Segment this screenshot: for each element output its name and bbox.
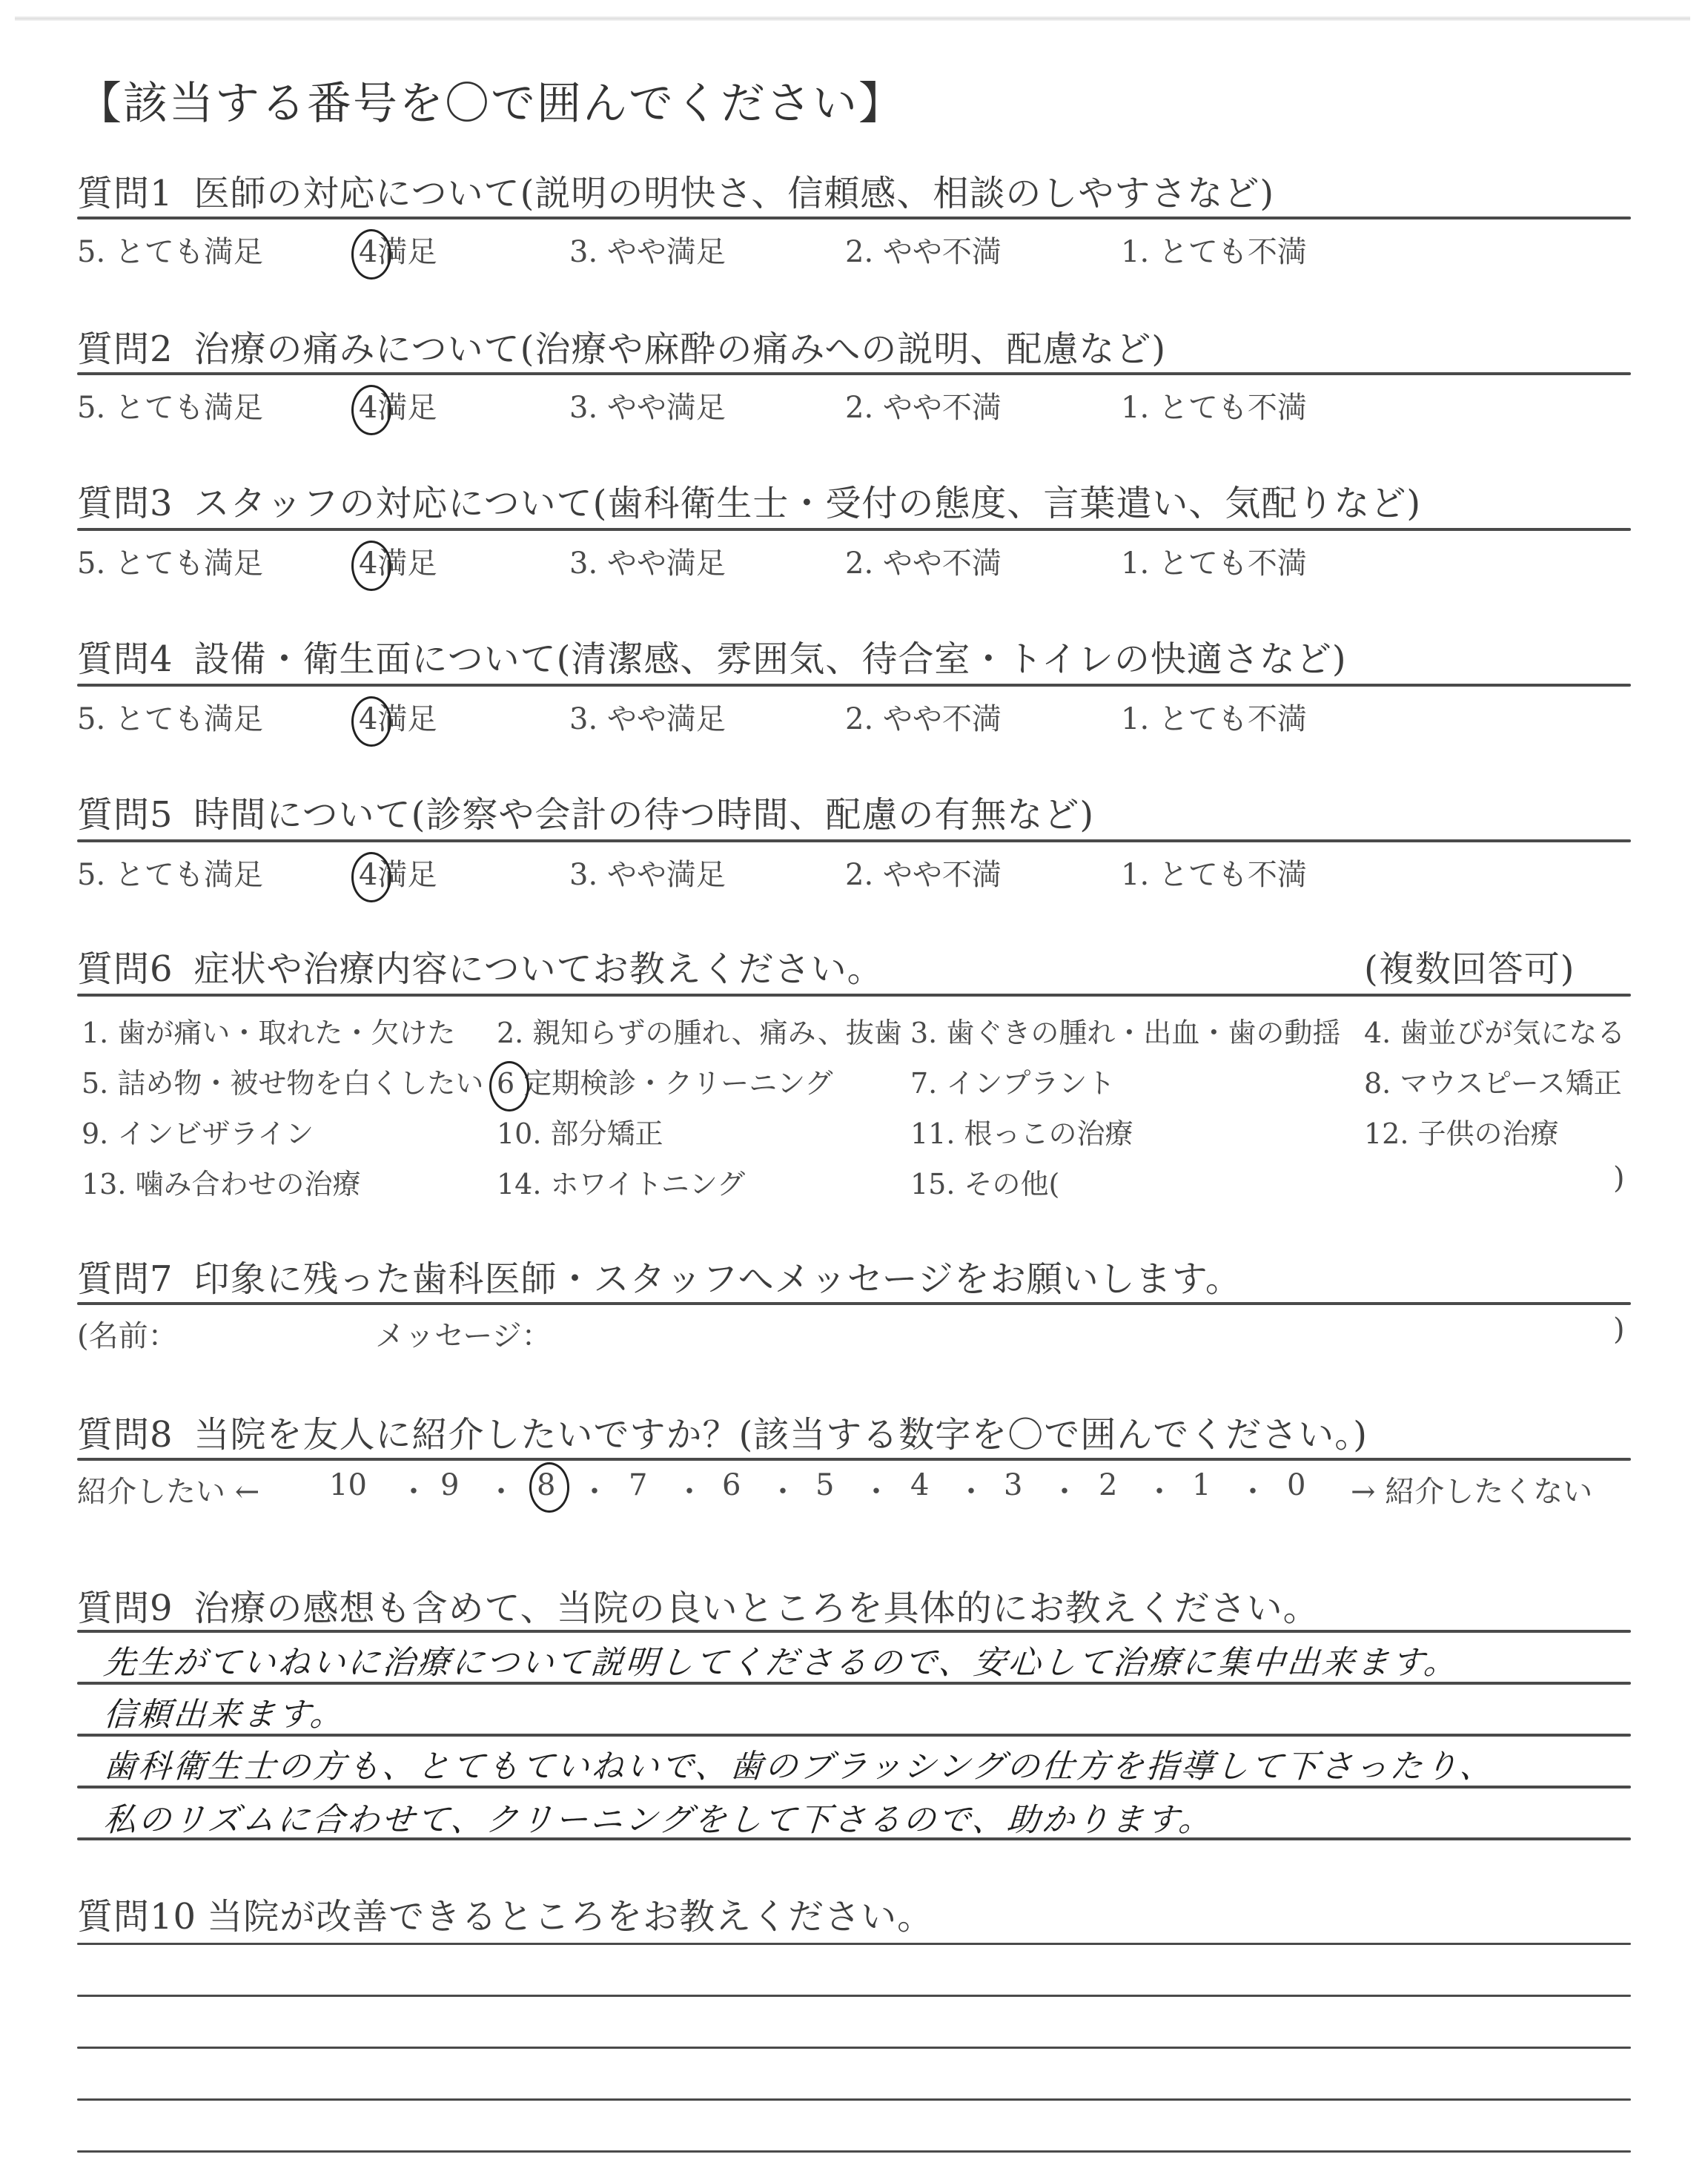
- option-5[interactable]: 5. とても満足: [77, 540, 263, 582]
- scale-right-label: → 紹介したくない: [1351, 1468, 1592, 1510]
- option-5[interactable]: 5. とても満足: [77, 696, 263, 738]
- question-title: 質問6症状や治療内容についてお教えください。: [77, 940, 884, 991]
- scale-sep: ・: [580, 1468, 609, 1510]
- handwritten-answer-line[interactable]: 信頼出来ます。: [102, 1688, 347, 1735]
- option-1[interactable]: 1. とても不満: [1121, 540, 1307, 582]
- question-text: 当院を友人に紹介したいですか？(該当する数字を〇で囲んでください。): [194, 1414, 1368, 1456]
- question-text: 印象に残った歯科医師・スタッフへメッセージをお願いします。: [194, 1258, 1242, 1300]
- divider: [77, 994, 1631, 997]
- writing-line[interactable]: [77, 2098, 1631, 2101]
- option-3[interactable]: 3. やや満足: [569, 696, 726, 738]
- scale-8-selected[interactable]: 8: [537, 1468, 555, 1502]
- scale-7[interactable]: 7: [629, 1468, 647, 1502]
- other-close-paren: ): [1613, 1161, 1625, 1195]
- question-number: 質問3: [77, 483, 173, 524]
- question-number: 質問10: [77, 1896, 196, 1938]
- scale-6[interactable]: 6: [722, 1468, 741, 1502]
- option-4-selected[interactable]: 4満足: [359, 384, 437, 426]
- rating-options: 5. とても満足 4満足 3. やや満足 2. やや不満 1. とても不満: [77, 696, 1631, 740]
- treatment-option-2[interactable]: 2. 親知らずの腫れ、痛み、抜歯: [497, 1010, 902, 1051]
- scale-sep: ・: [956, 1468, 986, 1510]
- option-4-selected[interactable]: 4満足: [359, 228, 437, 271]
- scan-top-edge: [15, 16, 1690, 21]
- option-5[interactable]: 5. とても満足: [77, 228, 263, 271]
- question-title: 質問10当院が改善できるところをお教えください。: [77, 1888, 933, 1939]
- rating-options: 5. とても満足 4満足 3. やや満足 2. やや不満 1. とても不満: [77, 228, 1631, 273]
- treatment-option-6-selected[interactable]: 6 定期検診・クリーニング: [497, 1060, 833, 1101]
- divider: [77, 684, 1631, 687]
- selection-circle: 8: [537, 1468, 555, 1502]
- option-4-selected[interactable]: 4満足: [359, 851, 437, 894]
- treatment-option-11[interactable]: 11. 根っこの治療: [910, 1111, 1133, 1152]
- question-text: 治療の痛みについて(治療や麻酔の痛みへの説明、配慮など): [194, 328, 1167, 370]
- divider: [77, 217, 1631, 219]
- message-label: メッセージ：: [375, 1312, 552, 1355]
- divider: [77, 372, 1631, 375]
- selection-circle: 4: [359, 546, 377, 581]
- scale-sep: ・: [399, 1468, 428, 1510]
- scale-left-label: 紹介したい ←: [77, 1468, 259, 1510]
- question-number: 質問2: [77, 328, 173, 370]
- treatment-option-4[interactable]: 4. 歯並びが気になる: [1364, 1010, 1625, 1051]
- option-2[interactable]: 2. やや不満: [845, 696, 1002, 738]
- question-title: 質問9治療の感想も含めて、当院の良いところを具体的にお教えください。: [77, 1579, 1320, 1631]
- writing-line: [77, 1837, 1631, 1840]
- option-2[interactable]: 2. やや不満: [845, 228, 1002, 271]
- option-1[interactable]: 1. とても不満: [1121, 696, 1307, 738]
- treatment-option-5[interactable]: 5. 詰め物・被せ物を白くしたい: [82, 1060, 483, 1101]
- treatment-option-10[interactable]: 10. 部分矯正: [497, 1111, 663, 1152]
- question-text: 医師の対応について(説明の明快さ、信頼感、相談のしやすさなど): [194, 173, 1275, 214]
- question-title: 質問3スタッフの対応について(歯科衛生士・受付の態度、言葉遣い、気配りなど): [77, 475, 1421, 526]
- option-3[interactable]: 3. やや満足: [569, 851, 726, 894]
- treatment-option-12[interactable]: 12. 子供の治療: [1364, 1111, 1559, 1152]
- scale-10[interactable]: 10: [329, 1468, 367, 1502]
- treatment-option-8[interactable]: 8. マウスピース矯正: [1364, 1060, 1622, 1101]
- option-3[interactable]: 3. やや満足: [569, 228, 726, 271]
- selection-circle: 4: [359, 391, 377, 425]
- scale-sep: ・: [675, 1468, 704, 1510]
- writing-line[interactable]: [77, 2047, 1631, 2049]
- treatment-option-9[interactable]: 9. インビザライン: [82, 1111, 314, 1152]
- writing-line: [77, 1786, 1631, 1789]
- question-title: 質問7印象に残った歯科医師・スタッフへメッセージをお願いします。: [77, 1250, 1242, 1301]
- scale-9[interactable]: 9: [440, 1468, 459, 1502]
- option-2[interactable]: 2. やや不満: [845, 384, 1002, 426]
- rating-options: 5. とても満足 4満足 3. やや満足 2. やや不満 1. とても不満: [77, 851, 1631, 896]
- question-text: スタッフの対応について(歯科衛生士・受付の態度、言葉遣い、気配りなど): [194, 483, 1422, 524]
- instruction-heading: 【該当する番号を〇で囲んでください】: [77, 68, 904, 132]
- treatment-option-15-other[interactable]: 15. その他(: [910, 1161, 1059, 1202]
- question-text: 治療の感想も含めて、当院の良いところを具体的にお教えください。: [194, 1588, 1320, 1629]
- divider: [77, 839, 1631, 842]
- writing-line: [77, 1734, 1631, 1737]
- question-text: 設備・衛生面について(清潔感、雰囲気、待合室・トイレの快適さなど): [194, 638, 1347, 680]
- option-4-selected[interactable]: 4満足: [359, 540, 437, 582]
- treatment-option-7[interactable]: 7. インプラント: [910, 1060, 1115, 1101]
- divider: [77, 528, 1631, 531]
- divider: [77, 1458, 1631, 1461]
- scale-sep: ・: [1238, 1468, 1268, 1510]
- treatment-option-14[interactable]: 14. ホワイトニング: [497, 1161, 745, 1202]
- writing-line[interactable]: [77, 1995, 1631, 1997]
- scale-2[interactable]: 2: [1099, 1468, 1117, 1502]
- scale-sep: ・: [1145, 1468, 1174, 1510]
- selection-circle: 4: [359, 858, 377, 892]
- question-title: 質問4設備・衛生面について(清潔感、雰囲気、待合室・トイレの快適さなど): [77, 630, 1347, 681]
- message-close-paren: ): [1613, 1312, 1625, 1347]
- writing-line[interactable]: [77, 2150, 1631, 2153]
- scale-sep: ・: [1050, 1468, 1079, 1510]
- question-title: 質問8当院を友人に紹介したいですか？(該当する数字を〇で囲んでください。): [77, 1406, 1368, 1457]
- question-title: 質問1医師の対応について(説明の明快さ、信頼感、相談のしやすさなど): [77, 165, 1274, 216]
- recommend-scale: 紹介したい ← 10 ・ 9 ・ 8 ・ 7 ・ 6 ・ 5 ・ 4 ・ 3 ・…: [77, 1468, 1631, 1513]
- handwritten-answer-line[interactable]: 歯科衛生士の方も、とてもていねいで、歯のブラッシングの仕方を指導して下さったり、: [102, 1740, 1497, 1787]
- question-number: 質問5: [77, 794, 173, 836]
- selection-circle: 4: [359, 235, 377, 269]
- option-1[interactable]: 1. とても不満: [1121, 851, 1307, 894]
- question-number: 質問6: [77, 948, 173, 990]
- question-text: 当院が改善できるところをお教えください。: [207, 1896, 933, 1938]
- scale-sep: ・: [861, 1468, 891, 1510]
- scale-5[interactable]: 5: [815, 1468, 834, 1502]
- question-number: 質問8: [77, 1414, 173, 1456]
- writing-line: [77, 1630, 1631, 1633]
- scale-sep: ・: [486, 1468, 516, 1510]
- question-number: 質問9: [77, 1588, 173, 1629]
- scale-0[interactable]: 0: [1287, 1468, 1305, 1502]
- question-title: 質問2治療の痛みについて(治療や麻酔の痛みへの説明、配慮など): [77, 320, 1166, 371]
- option-1[interactable]: 1. とても不満: [1121, 228, 1307, 271]
- option-5[interactable]: 5. とても満足: [77, 384, 263, 426]
- scale-4[interactable]: 4: [910, 1468, 929, 1502]
- treatment-option-1[interactable]: 1. 歯が痛い・取れた・欠けた: [82, 1010, 455, 1051]
- option-4-selected[interactable]: 4満足: [359, 696, 437, 738]
- divider: [77, 1302, 1631, 1305]
- rating-options: 5. とても満足 4満足 3. やや満足 2. やや不満 1. とても不満: [77, 384, 1631, 429]
- writing-line: [77, 1682, 1631, 1685]
- question-text: 時間について(診察や会計の待つ時間、配慮の有無など): [194, 794, 1095, 836]
- option-1[interactable]: 1. とても不満: [1121, 384, 1307, 426]
- option-2[interactable]: 2. やや不満: [845, 851, 1002, 894]
- writing-line[interactable]: [77, 1943, 1631, 1945]
- scale-3[interactable]: 3: [1004, 1468, 1022, 1502]
- name-label: (名前：: [77, 1312, 178, 1355]
- scale-sep: ・: [768, 1468, 798, 1510]
- question-number: 質問4: [77, 638, 173, 680]
- treatment-option-3[interactable]: 3. 歯ぐきの腫れ・出血・歯の動揺: [910, 1010, 1340, 1051]
- message-field[interactable]: [563, 1312, 1586, 1350]
- question-title: 質問5時間について(診察や会計の待つ時間、配慮の有無など): [77, 786, 1094, 837]
- scale-1[interactable]: 1: [1192, 1468, 1211, 1502]
- name-field[interactable]: [222, 1312, 356, 1350]
- option-5[interactable]: 5. とても満足: [77, 851, 263, 894]
- multiple-answer-note: (複数回答可): [1364, 940, 1575, 991]
- selection-circle: 4: [359, 702, 377, 736]
- handwritten-answer-line[interactable]: 先生がていねいに治療について説明してくださるので、安心して治療に集中出来ます。: [102, 1636, 1460, 1683]
- question-number: 質問7: [77, 1258, 173, 1300]
- question-number: 質問1: [77, 173, 173, 214]
- option-2[interactable]: 2. やや不満: [845, 540, 1002, 582]
- option-3[interactable]: 3. やや満足: [569, 540, 726, 582]
- rating-options: 5. とても満足 4満足 3. やや満足 2. やや不満 1. とても不満: [77, 540, 1631, 584]
- selection-circle: 6: [497, 1067, 514, 1100]
- treatment-option-13[interactable]: 13. 噛み合わせの治療: [82, 1161, 361, 1202]
- option-3[interactable]: 3. やや満足: [569, 384, 726, 426]
- handwritten-answer-line[interactable]: 私のリズムに合わせて、クリーニングをして下さるので、助かります。: [102, 1793, 1215, 1840]
- question-text: 症状や治療内容についてお教えください。: [194, 948, 884, 990]
